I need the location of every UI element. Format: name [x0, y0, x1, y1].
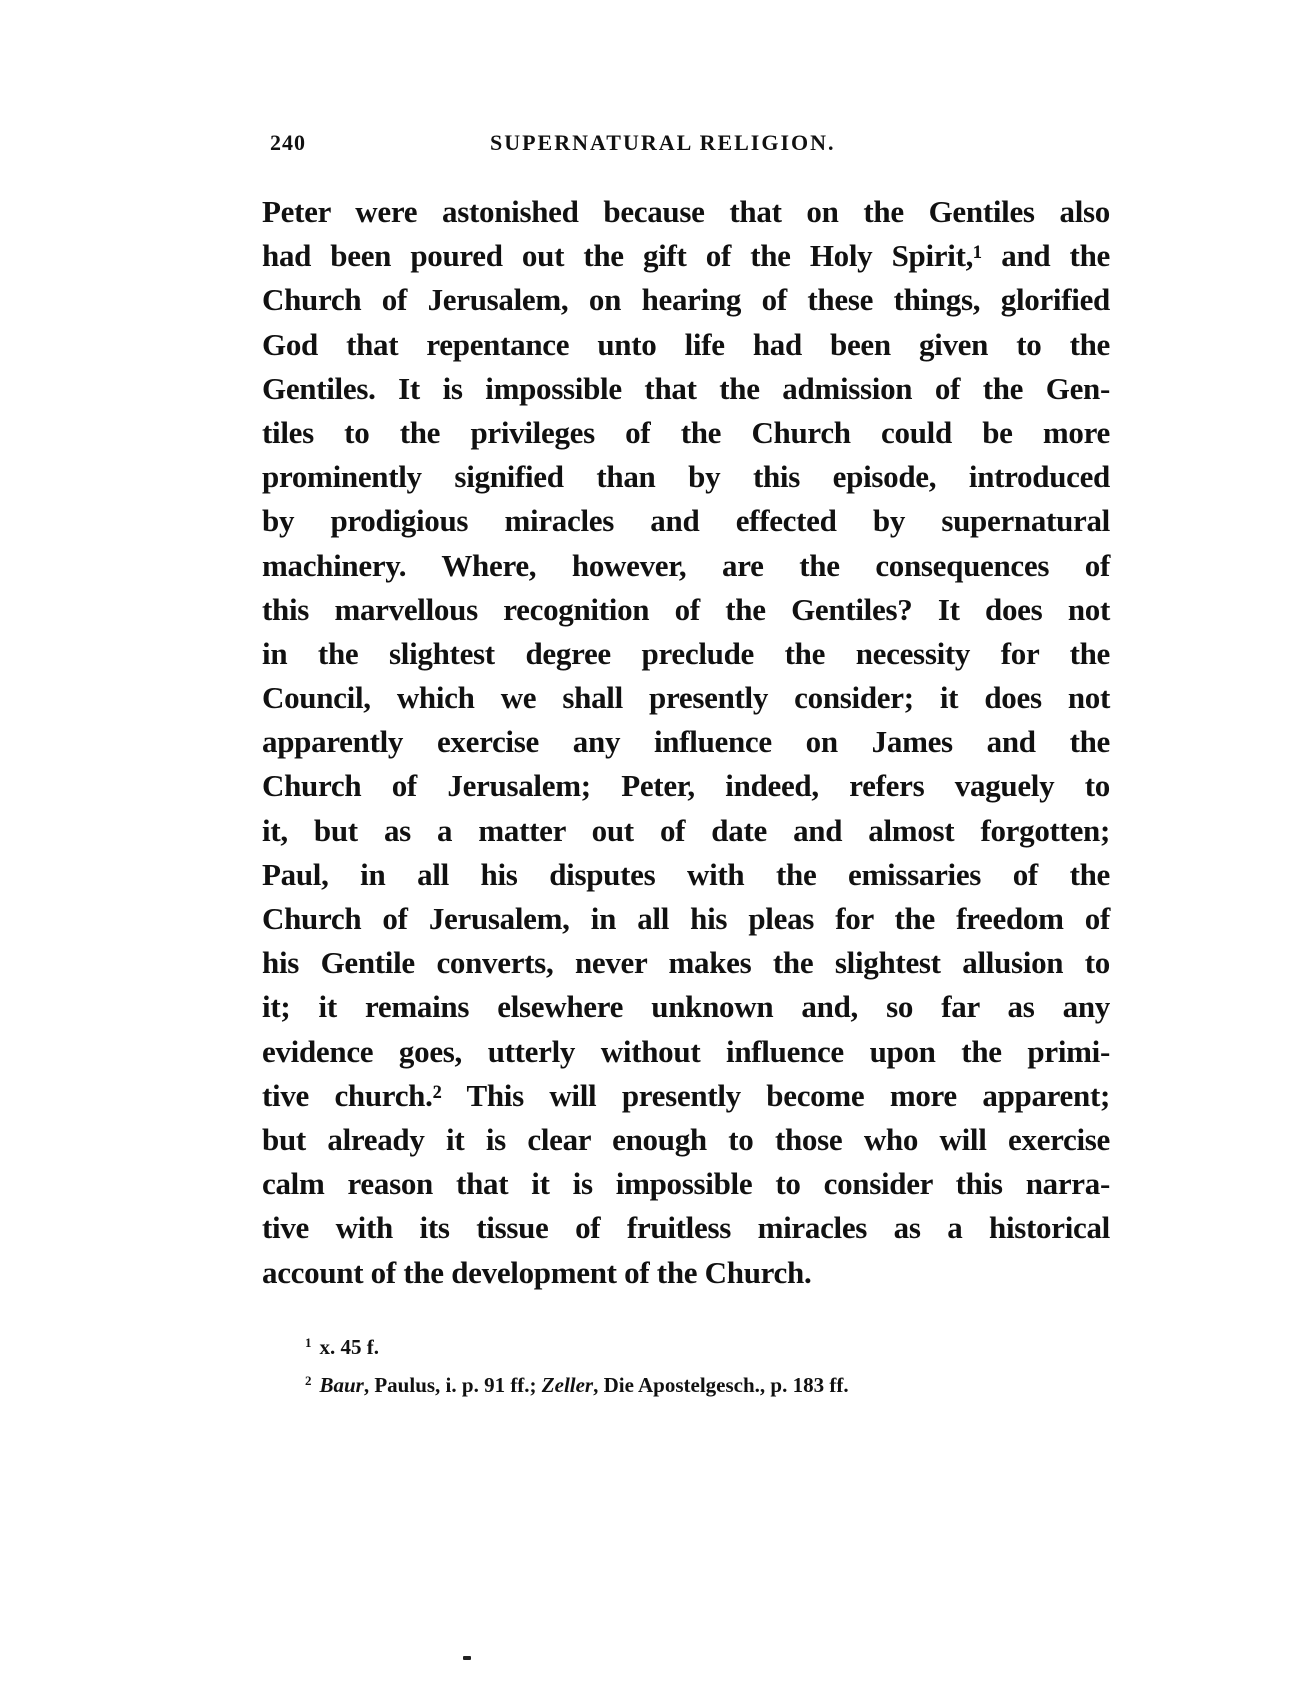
text-line: this marvellous recognition of the Genti…: [262, 588, 1110, 632]
footnote-text: , Paulus, i. p. 91 ff.;: [364, 1373, 542, 1397]
text-line: calm reason that it is impossible to con…: [262, 1162, 1110, 1206]
text-line: Council, which we shall presently consid…: [262, 676, 1110, 720]
text-line: tive with its tissue of fruitless miracl…: [262, 1206, 1110, 1250]
body-text: Peter were astonished because that on th…: [262, 190, 1110, 1295]
text-line: evidence goes, utterly without influence…: [262, 1030, 1110, 1074]
text-line: prominently signified than by this episo…: [262, 455, 1110, 499]
text-line: but already it is clear enough to those …: [262, 1118, 1110, 1162]
footnote-text: x. 45 f.: [320, 1335, 380, 1359]
footnotes: 1x. 45 f. 2Baur, Paulus, i. p. 91 ff.; Z…: [305, 1326, 1065, 1402]
text-line: by prodigious miracles and effected by s…: [262, 499, 1110, 543]
page-number: 240: [270, 130, 306, 156]
text-line: Paul, in all his disputes with the emiss…: [262, 853, 1110, 897]
text-line: tiles to the privileges of the Church co…: [262, 411, 1110, 455]
text-line: Church of Jerusalem, on hearing of these…: [262, 278, 1110, 322]
text-line: God that repentance unto life had been g…: [262, 323, 1110, 367]
text-line: Church of Jerusalem; Peter, indeed, refe…: [262, 764, 1110, 808]
text-line: Church of Jerusalem, in all his pleas fo…: [262, 897, 1110, 941]
footnote-author: Zeller: [542, 1373, 593, 1397]
text-line: tive church.² This will presently become…: [262, 1074, 1110, 1118]
footnote-text: , Die Apostelgesch., p. 183 ff.: [593, 1373, 849, 1397]
text-line: Gentiles. It is impossible that the admi…: [262, 367, 1110, 411]
text-line: Peter were astonished because that on th…: [262, 190, 1110, 234]
running-title: SUPERNATURAL RELIGION.: [490, 130, 836, 156]
text-line: machinery. Where, however, are the conse…: [262, 544, 1110, 588]
text-line: it, but as a matter out of date and almo…: [262, 809, 1110, 853]
print-mark: [463, 1656, 471, 1660]
footnote-author: Baur: [320, 1373, 364, 1397]
footnote-mark: 2: [305, 1373, 312, 1388]
page-header: 240 SUPERNATURAL RELIGION.: [270, 130, 1110, 164]
text-line: account of the development of the Church…: [262, 1251, 1110, 1295]
text-line: his Gentile converts, never makes the sl…: [262, 941, 1110, 985]
text-line: had been poured out the gift of the Holy…: [262, 234, 1110, 278]
footnote-2: 2Baur, Paulus, i. p. 91 ff.; Zeller, Die…: [305, 1364, 1065, 1402]
text-line: in the slightest degree preclude the nec…: [262, 632, 1110, 676]
footnote-1: 1x. 45 f.: [305, 1326, 1065, 1364]
text-line: it; it remains elsewhere unknown and, so…: [262, 985, 1110, 1029]
text-line: apparently exercise any influence on Jam…: [262, 720, 1110, 764]
footnote-mark: 1: [305, 1335, 312, 1350]
